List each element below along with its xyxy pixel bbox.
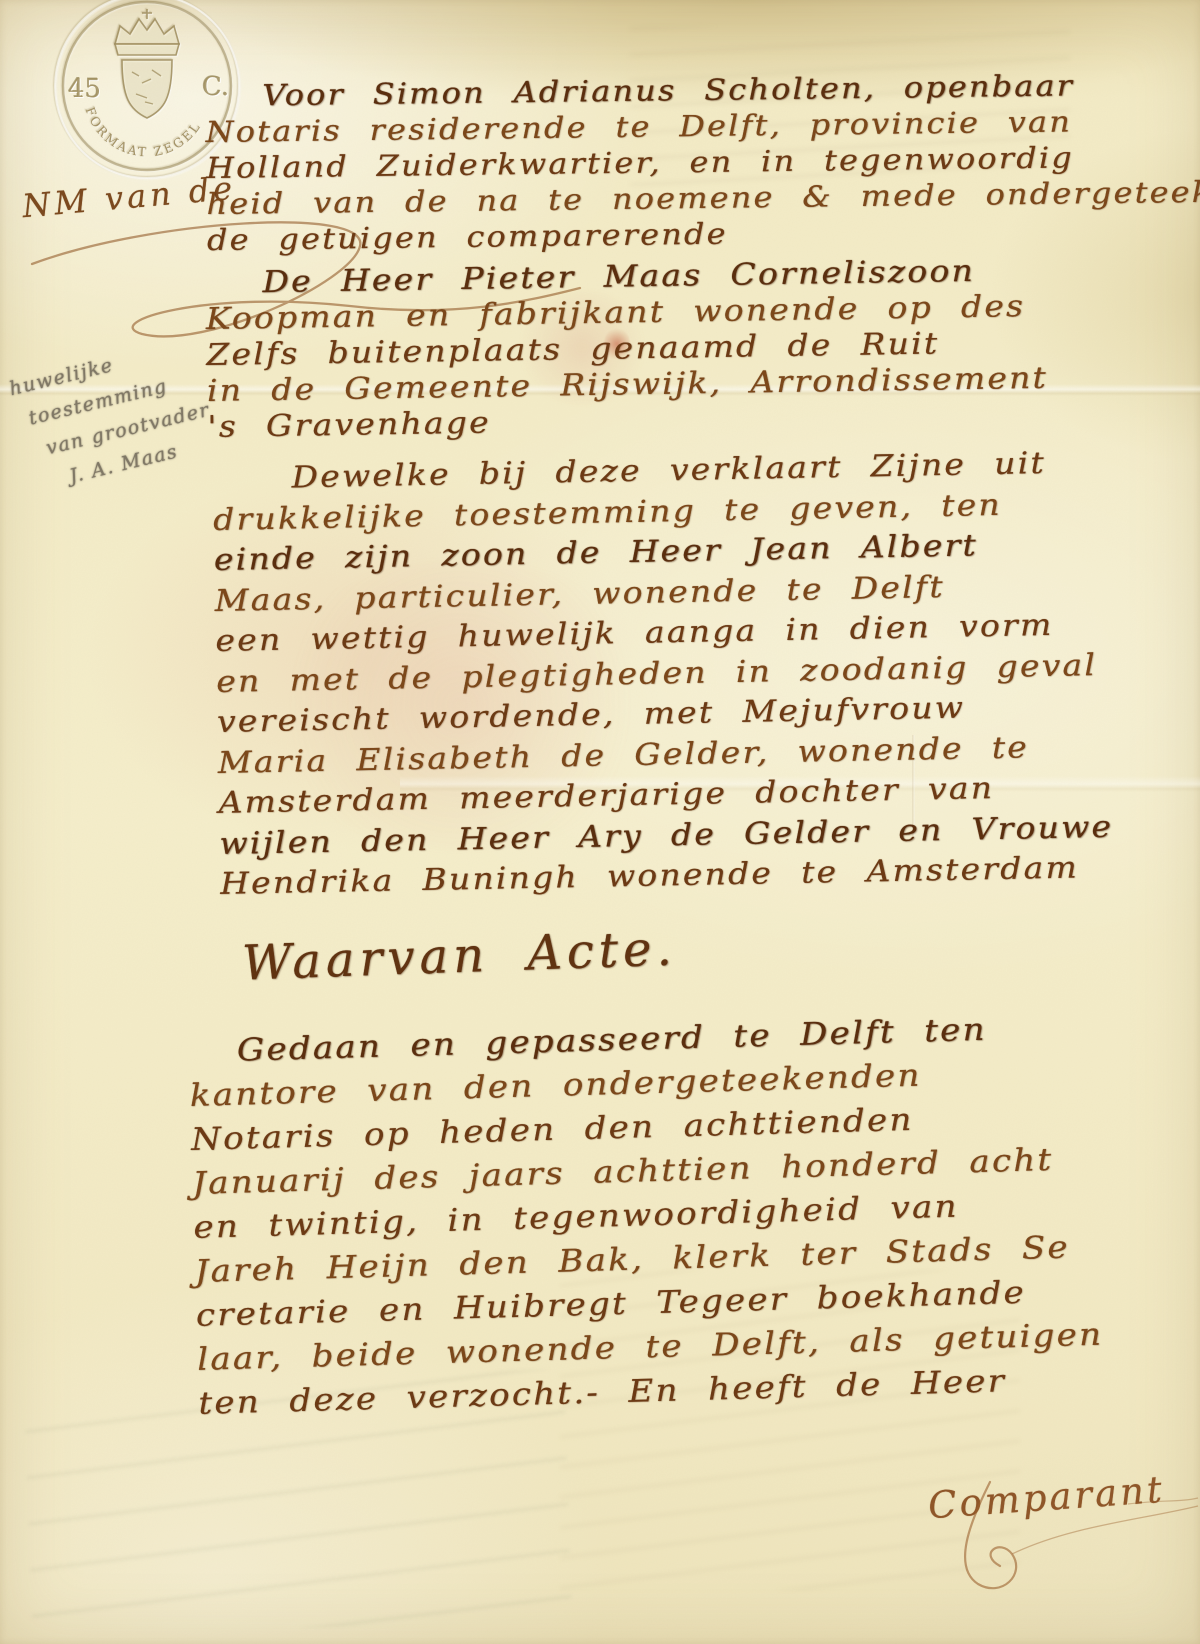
pencil-margin-note: huwelijke toestemming van grootvader J. … [6, 330, 221, 503]
paragraph-consent-declaration: Dewelke bij deze verklaart Zijne uit dru… [212, 443, 1114, 906]
seal-denomination-left: 45 [68, 74, 101, 104]
signature-comparant: Comparant [927, 1468, 1166, 1527]
manuscript-page: FORMAAT ZEGEL 45 C. NM van de huwelijke … [0, 0, 1200, 1644]
paragraph-notary-preamble: Voor Simon Adrianus Scholten, openbaar N… [205, 65, 1200, 258]
paragraph-closing: Gedaan en gepasseerd te Delft ten kantor… [188, 1005, 1105, 1426]
paragraph-comparant: De Heer Pieter Maas Corneliszoon Koopman… [205, 253, 1049, 446]
heading-waarvan-acte: Waarvan Acte. [241, 920, 677, 991]
